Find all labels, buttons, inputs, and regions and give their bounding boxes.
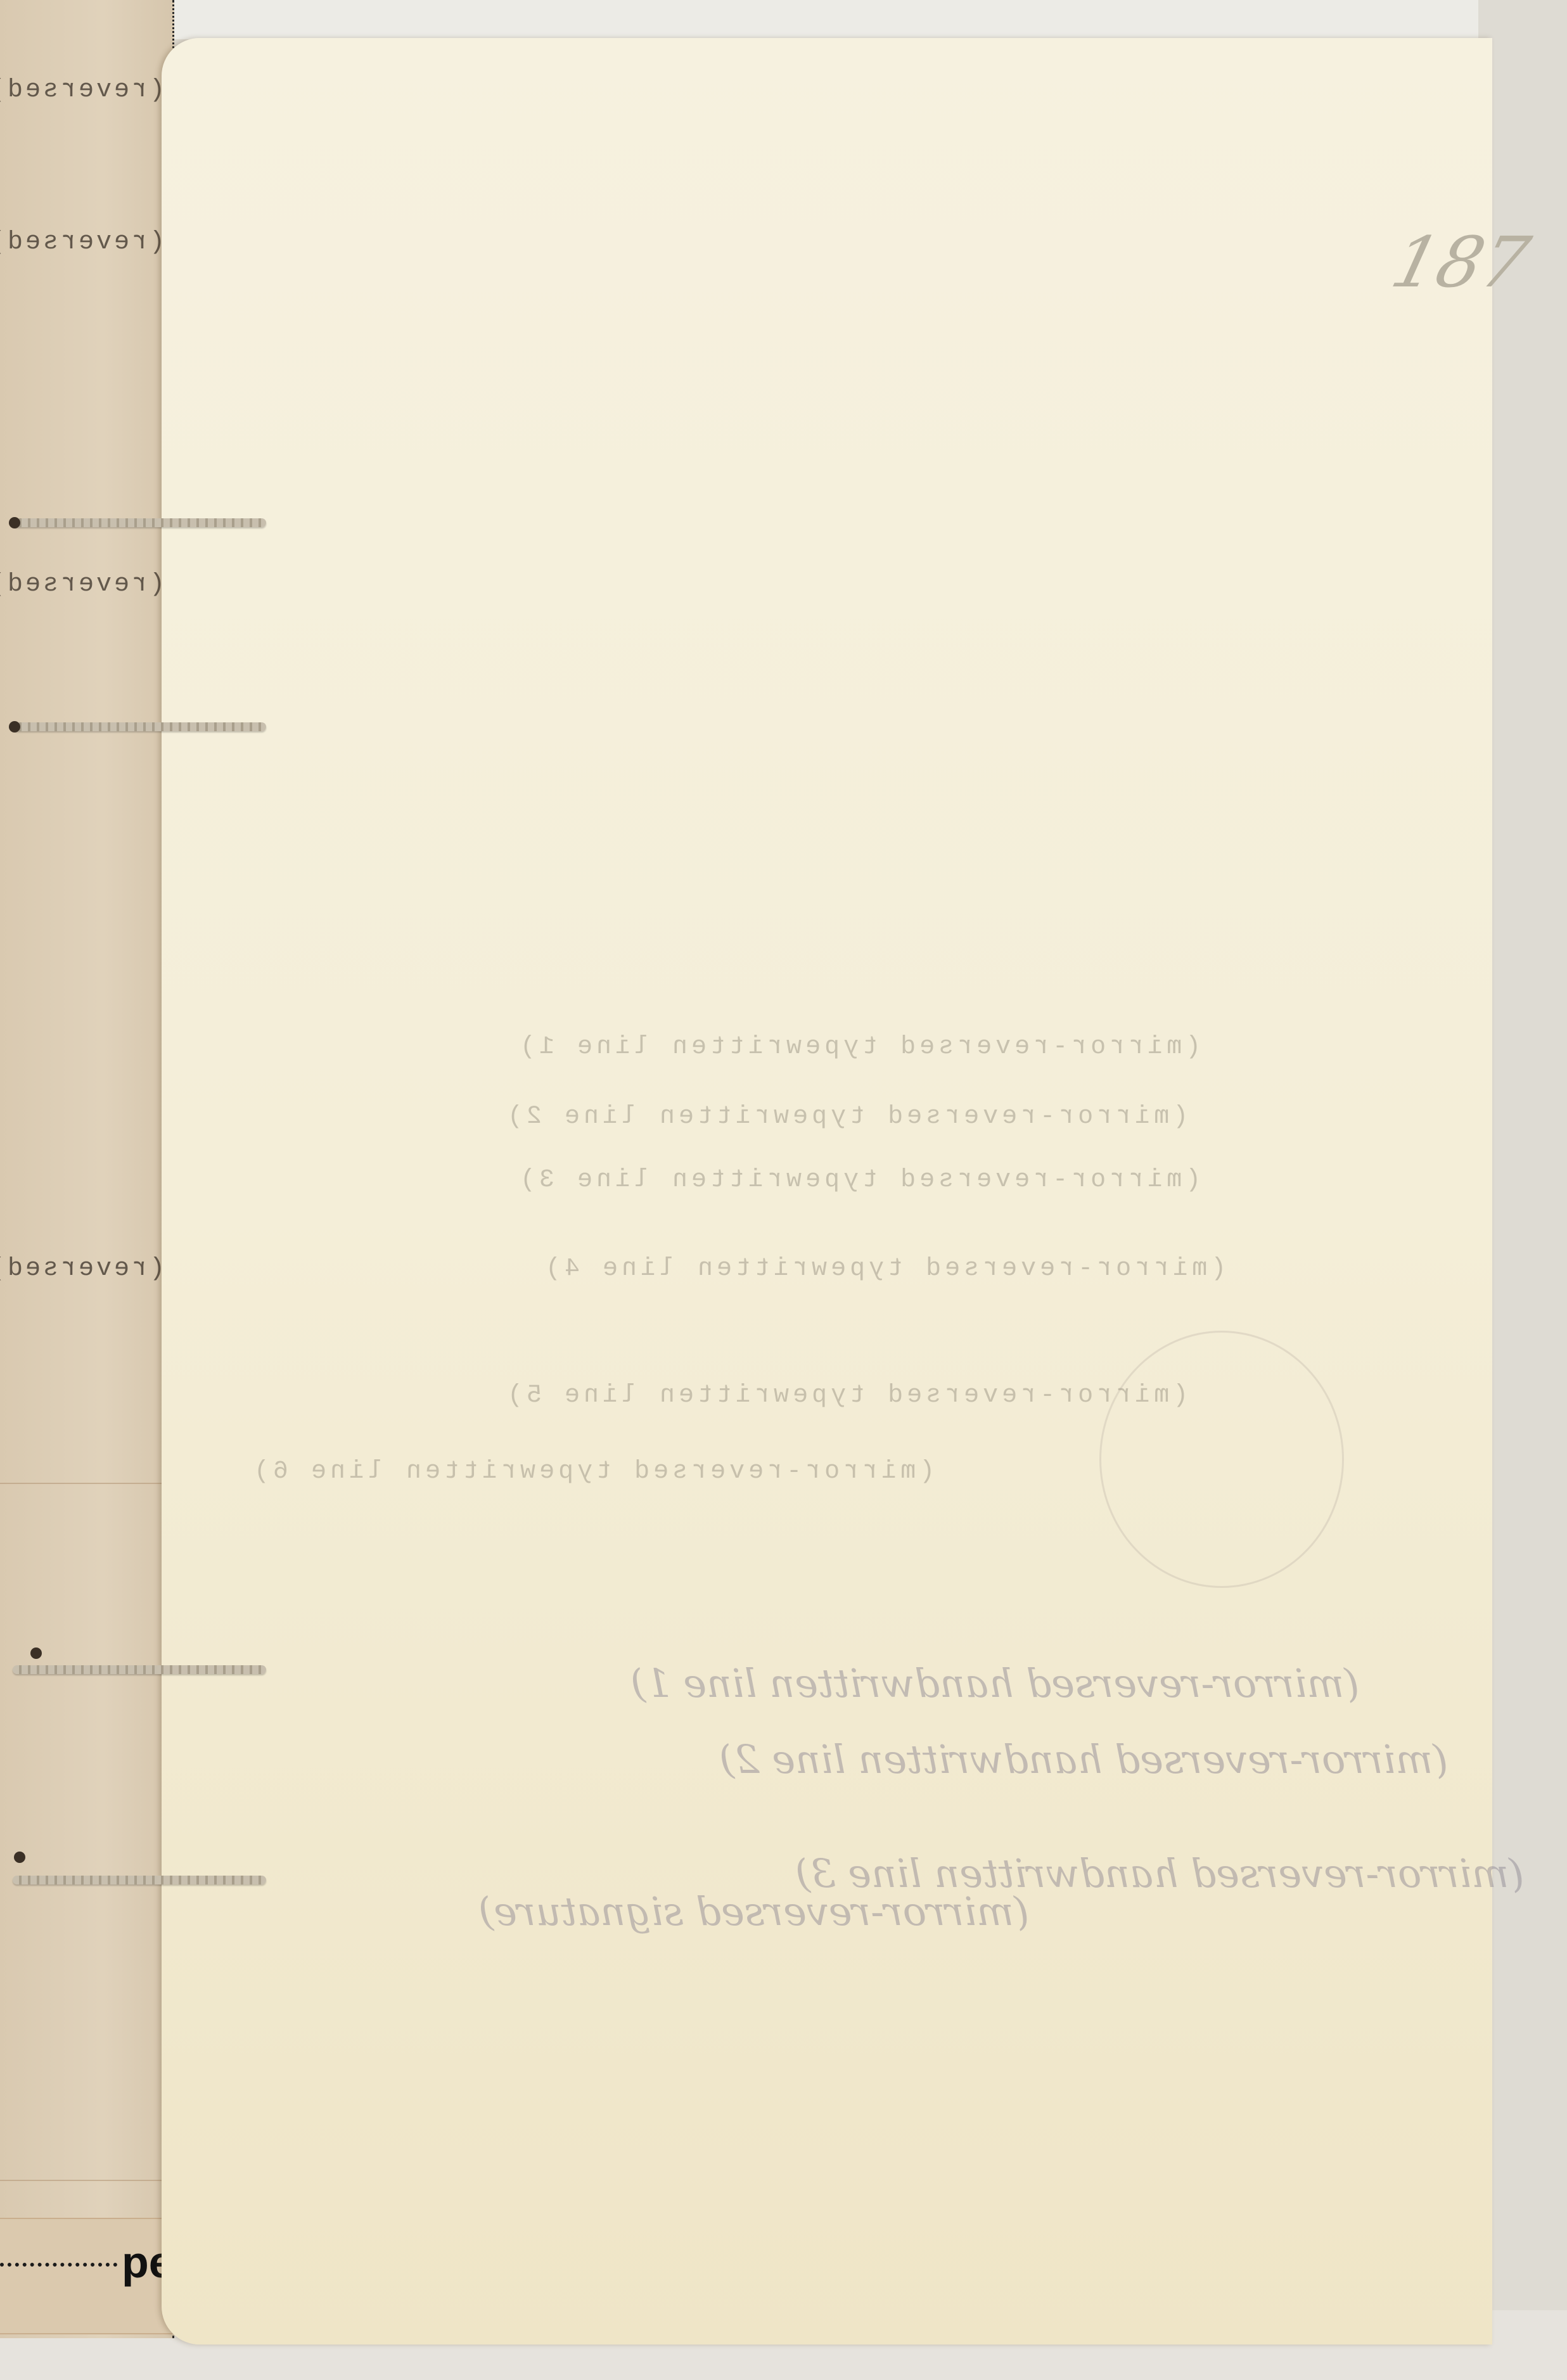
binding-hole bbox=[9, 721, 20, 733]
binding-string bbox=[13, 1876, 266, 1884]
bleed-line: (mirror-reversed typewritten line 6) bbox=[250, 1457, 935, 1486]
left-fragment: (reversed) ... bbox=[0, 1255, 165, 1283]
left-fragment: (reversed) ... bbox=[0, 228, 165, 257]
binding-hole bbox=[9, 517, 20, 528]
document-page: (mirror-reversed typewritten line 1) (mi… bbox=[162, 38, 1492, 2345]
binding-hole bbox=[30, 1647, 42, 1659]
bleed-line: (mirror-reversed typewritten line 4) bbox=[542, 1255, 1226, 1283]
sheet-edge bbox=[0, 2180, 172, 2181]
underlying-sheets: (reversed) ... (reversed) ... (reversed)… bbox=[0, 0, 174, 2338]
bleed-handwriting: (mirror-reversed handwritten line 2) bbox=[719, 1736, 1448, 1782]
binding-string bbox=[13, 518, 266, 527]
bleed-line: (mirror-reversed typewritten line 5) bbox=[504, 1381, 1188, 1410]
bleed-line: (mirror-reversed typewritten line 2) bbox=[504, 1103, 1188, 1131]
bleed-signature: (mirror-reversed signature) bbox=[478, 1888, 1029, 1935]
background-top bbox=[171, 0, 1567, 39]
sheet-edge bbox=[0, 1483, 172, 1484]
bleed-line: (mirror-reversed typewritten line 3) bbox=[516, 1166, 1201, 1194]
binding-string bbox=[13, 722, 266, 731]
binding-hole bbox=[14, 1852, 25, 1863]
left-fragment: (reversed) ... bbox=[0, 570, 165, 599]
label-dotted-line bbox=[0, 2263, 117, 2267]
binding-string bbox=[13, 1665, 266, 1674]
bleed-handwriting: (mirror-reversed handwritten line 1) bbox=[630, 1660, 1359, 1706]
left-fragment: (reversed) ... bbox=[0, 76, 165, 105]
bleed-line: (mirror-reversed typewritten line 1) bbox=[516, 1033, 1201, 1061]
faint-stamp bbox=[1099, 1331, 1344, 1588]
folio-number: 187 bbox=[1384, 222, 1537, 303]
